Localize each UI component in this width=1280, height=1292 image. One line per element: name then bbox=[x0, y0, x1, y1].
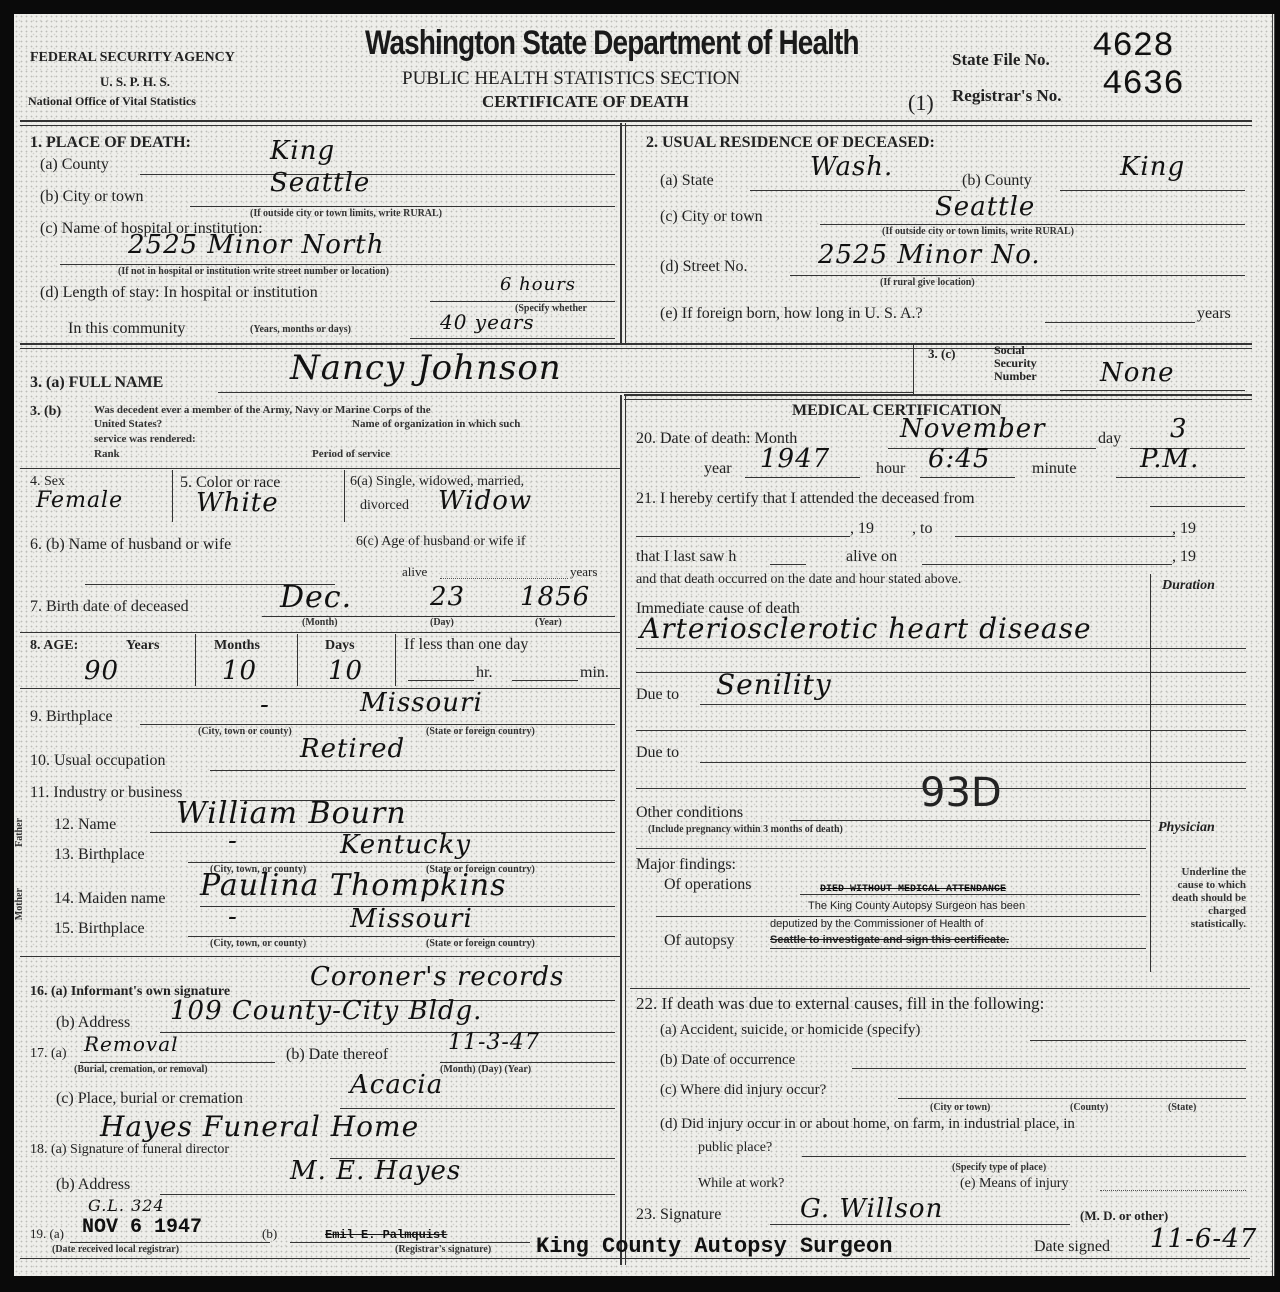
spouse-age-label: 6(c) Age of husband or wife if bbox=[356, 534, 526, 550]
last-saw-label: that I last saw h bbox=[636, 548, 736, 566]
underline bbox=[750, 190, 960, 191]
industry-label: 11. Industry or business bbox=[30, 784, 182, 802]
underline bbox=[790, 820, 1150, 821]
divider bbox=[20, 688, 620, 689]
divider bbox=[20, 468, 620, 469]
ssn-label: Social Security Number bbox=[994, 344, 1054, 383]
community-value: 40 years bbox=[440, 310, 535, 334]
underline bbox=[790, 275, 1245, 276]
mother-maiden-label: 14. Maiden name bbox=[54, 890, 166, 908]
marital-value: Widow bbox=[438, 486, 532, 516]
military-rank: Rank bbox=[94, 448, 120, 460]
mother-maiden-value: Paulina Thompkins bbox=[200, 868, 507, 903]
underline bbox=[770, 1224, 1070, 1225]
margin-mark: (1) bbox=[908, 90, 934, 116]
underline bbox=[770, 564, 806, 565]
spouse-age-unit: years bbox=[570, 564, 597, 580]
age-lessday-label: If less than one day bbox=[404, 636, 528, 654]
underline bbox=[218, 392, 913, 393]
informant-address-label: (b) Address bbox=[56, 1014, 130, 1032]
res-city-hint: (If outside city or town limits, write R… bbox=[882, 226, 1074, 237]
death-year: 1947 bbox=[760, 444, 830, 474]
age-hr: hr. bbox=[476, 664, 492, 682]
date-signed-label: Date signed bbox=[1034, 1238, 1110, 1256]
death-minute-label: minute bbox=[1032, 460, 1076, 478]
external-d-label: (d) Did injury occur in or about home, o… bbox=[660, 1116, 1075, 1133]
underline bbox=[700, 762, 1246, 763]
underline bbox=[190, 206, 615, 207]
city-value: Seattle bbox=[270, 168, 370, 198]
underline bbox=[340, 1108, 615, 1109]
registrar-number: 4636 bbox=[1102, 66, 1184, 104]
divider bbox=[297, 634, 298, 686]
operations-label: Of operations bbox=[664, 876, 752, 894]
father-side-label: Father bbox=[14, 818, 25, 847]
res-state-value: Wash. bbox=[810, 152, 893, 182]
divider bbox=[395, 634, 396, 686]
agency-line3: National Office of Vital Statistics bbox=[28, 94, 196, 109]
due-to2-label: Due to bbox=[636, 744, 679, 762]
res-street-value: 2525 Minor No. bbox=[818, 240, 1041, 270]
underline bbox=[140, 724, 615, 725]
header-divider bbox=[20, 120, 1252, 126]
res-city-label: (c) City or town bbox=[660, 208, 763, 226]
medical-divider bbox=[624, 394, 1252, 400]
received-hint: (Date received local registrar) bbox=[52, 1244, 179, 1255]
state-file-label: State File No. bbox=[952, 50, 1050, 70]
underline bbox=[1060, 190, 1245, 191]
underline bbox=[140, 174, 615, 175]
age-years: 90 bbox=[84, 656, 119, 686]
certify-19b: , 19 bbox=[1172, 520, 1196, 538]
birthplace-state: Missouri bbox=[360, 688, 483, 718]
underline bbox=[440, 578, 568, 579]
birthplace-hint-state: (State or foreign country) bbox=[426, 726, 535, 737]
due-to-label: Due to bbox=[636, 686, 679, 704]
other-conditions-hint: (Include pregnancy within 3 months of de… bbox=[648, 824, 843, 835]
underline bbox=[1030, 1040, 1246, 1041]
autopsy-surgeon-stamp: King County Autopsy Surgeon bbox=[536, 1234, 892, 1259]
underline bbox=[1045, 322, 1195, 323]
divider bbox=[913, 345, 914, 395]
age-label: 8. AGE: bbox=[30, 638, 78, 654]
institution-value: 2525 Minor North bbox=[128, 230, 385, 260]
death-day: 3 bbox=[1170, 414, 1188, 444]
birth-hint-day: (Day) bbox=[430, 617, 454, 628]
underline bbox=[160, 1194, 615, 1195]
place-of-death-heading: 1. PLACE OF DEATH: bbox=[30, 134, 191, 152]
underline bbox=[636, 730, 1246, 731]
disposition-num: 17. (a) bbox=[30, 1046, 67, 1062]
underline bbox=[410, 338, 615, 339]
full-name-value: Nancy Johnson bbox=[290, 348, 562, 388]
military-q2: United States? bbox=[94, 418, 162, 430]
underline bbox=[770, 948, 1146, 949]
birth-day: 23 bbox=[430, 582, 465, 612]
age-days-label: Days bbox=[325, 638, 355, 654]
county-label: (a) County bbox=[40, 156, 109, 174]
external-c-hint-state: (State) bbox=[1168, 1102, 1196, 1113]
underline bbox=[290, 1242, 530, 1243]
occupation-label: 10. Usual occupation bbox=[30, 752, 166, 770]
section-divider bbox=[20, 343, 1252, 349]
birthplace-label: 9. Birthplace bbox=[30, 708, 113, 726]
duration-column-divider bbox=[1150, 574, 1151, 972]
death-hour-label: hour bbox=[876, 460, 905, 478]
stamp-line3: deputized by the Commissioner of Health … bbox=[770, 918, 983, 930]
age-min: min. bbox=[580, 664, 609, 682]
date-signed-value: 11-6-47 bbox=[1150, 1224, 1257, 1254]
burial-place-label: (c) Place, burial or cremation bbox=[56, 1090, 243, 1108]
birthplace-hint-city: (City, town or county) bbox=[198, 726, 292, 737]
res-street-label: (d) Street No. bbox=[660, 258, 748, 276]
disposal-date-value: 11-3-47 bbox=[448, 1030, 540, 1055]
underline bbox=[408, 680, 474, 681]
received-date-stamp: NOV 6 1947 bbox=[82, 1216, 202, 1239]
disposal-date-label: (b) Date thereof bbox=[286, 1046, 388, 1064]
underline bbox=[60, 264, 615, 265]
external-a-label: (a) Accident, suicide, or homicide (spec… bbox=[660, 1022, 920, 1039]
underline bbox=[802, 1156, 1246, 1157]
registrar-sig-hint: (Registrar's signature) bbox=[395, 1244, 491, 1255]
funeral-address-label: (b) Address bbox=[56, 1176, 130, 1194]
divider bbox=[20, 632, 620, 633]
military-q1: Was decedent ever a member of the Army, … bbox=[94, 404, 431, 416]
marital-label2: divorced bbox=[360, 498, 409, 514]
section-title: PUBLIC HEALTH STATISTICS SECTION bbox=[402, 68, 740, 90]
res-state-label: (a) State bbox=[660, 172, 714, 190]
external-c-label: (c) Where did injury occur? bbox=[660, 1082, 826, 1099]
underline bbox=[922, 564, 1172, 565]
underline bbox=[512, 680, 578, 681]
birth-hint-year: (Year) bbox=[535, 617, 562, 628]
full-name-label: 3. (a) FULL NAME bbox=[30, 374, 163, 392]
underline bbox=[1116, 477, 1245, 478]
stay-value: 6 hours bbox=[500, 274, 576, 295]
document-type: CERTIFICATE OF DEATH bbox=[482, 92, 689, 112]
res-foreign-label: (e) If foreign born, how long in U. S. A… bbox=[660, 305, 923, 323]
underline bbox=[745, 477, 860, 478]
res-county-value: King bbox=[1120, 152, 1185, 182]
bottom-border bbox=[20, 1258, 1250, 1259]
race-value: White bbox=[196, 488, 279, 518]
immediate-cause-value: Arteriosclerotic heart disease bbox=[640, 612, 1092, 645]
registrar-no-label: Registrar's No. bbox=[952, 86, 1062, 106]
underline bbox=[955, 536, 1175, 537]
registrar-signature: Emil E. Palmquist bbox=[325, 1228, 447, 1242]
informant-signature-value: Coroner's records bbox=[310, 962, 564, 992]
father-birthplace-city: - bbox=[228, 826, 238, 856]
underline bbox=[920, 477, 1015, 478]
underline bbox=[700, 704, 1246, 705]
external-c-hint-county: (County) bbox=[1070, 1102, 1108, 1113]
certify-19a: , 19 bbox=[850, 520, 874, 538]
burial-place-value: Acacia bbox=[350, 1070, 443, 1100]
alive-on-label: alive on bbox=[846, 548, 897, 566]
underline bbox=[430, 301, 615, 302]
column-divider-lower bbox=[620, 395, 626, 1265]
divider bbox=[172, 470, 173, 522]
external-c-hint-city: (City or town) bbox=[930, 1102, 990, 1113]
mother-hint-state: (State or foreign country) bbox=[426, 938, 535, 949]
community-hint: (Years, months or days) bbox=[250, 324, 351, 335]
major-findings-label: Major findings: bbox=[636, 856, 736, 874]
occupation-value: Retired bbox=[300, 734, 405, 764]
signature-label: 23. Signature bbox=[636, 1206, 721, 1224]
mother-birthplace-city: - bbox=[228, 902, 238, 932]
means-label: (e) Means of injury bbox=[960, 1176, 1068, 1192]
birth-hint-month: (Month) bbox=[302, 617, 338, 628]
death-certificate bbox=[14, 14, 1275, 1276]
external-b-label: (b) Date of occurrence bbox=[660, 1052, 795, 1069]
underline bbox=[852, 1068, 1246, 1069]
res-foreign-unit: years bbox=[1197, 305, 1231, 323]
city-hint: (If outside city or town limits, write R… bbox=[250, 208, 442, 219]
father-birthplace-label: 13. Birthplace bbox=[54, 846, 145, 864]
stamp-line4: Seattle to investigate and sign this cer… bbox=[770, 934, 1009, 946]
military-q3: service was rendered: bbox=[94, 433, 196, 445]
ssn-label-num: 3. (c) bbox=[928, 346, 955, 362]
underline bbox=[188, 936, 615, 937]
occurred-statement: and that death occurred on the date and … bbox=[636, 572, 961, 588]
physician-label: Physician bbox=[1158, 820, 1215, 836]
while-at-work-label: While at work? bbox=[698, 1176, 784, 1192]
mother-hint-city: (City, town, or county) bbox=[210, 938, 306, 949]
funeral-home-value: Hayes Funeral Home bbox=[100, 1110, 419, 1143]
underline bbox=[636, 788, 1246, 789]
external-d-hint: (Specify type of place) bbox=[952, 1162, 1046, 1173]
community-label: In this community bbox=[68, 320, 185, 338]
certify-line1: 21. I hereby certify that I attended the… bbox=[636, 490, 975, 508]
received-note: G.L. 324 bbox=[88, 1196, 165, 1215]
underline bbox=[1150, 506, 1245, 507]
divider bbox=[195, 634, 196, 686]
autopsy-label: Of autopsy bbox=[664, 932, 735, 950]
age-months: 10 bbox=[222, 656, 257, 686]
birthplace-city: - bbox=[260, 690, 270, 720]
funeral-address-value: M. E. Hayes bbox=[290, 1156, 461, 1186]
due-to-value: Senility bbox=[716, 668, 832, 701]
age-days: 10 bbox=[328, 656, 363, 686]
underline bbox=[188, 862, 615, 863]
document-title: Washington State Department of Health bbox=[365, 24, 859, 63]
signature-value: G. Willson bbox=[800, 1194, 943, 1224]
state-file-number: 4628 bbox=[1092, 28, 1174, 66]
spouse-label: 6. (b) Name of husband or wife bbox=[30, 536, 231, 554]
registrar-sig-num: (b) bbox=[262, 1226, 277, 1242]
father-name-label: 12. Name bbox=[54, 816, 116, 834]
spouse-age-alive: alive bbox=[402, 564, 427, 580]
county-value: King bbox=[270, 136, 335, 166]
underline-note: Underline the cause to which death shoul… bbox=[1154, 866, 1246, 931]
usual-residence-heading: 2. USUAL RESIDENCE OF DECEASED: bbox=[646, 134, 935, 152]
father-birthplace-state: Kentucky bbox=[340, 830, 471, 860]
death-day-label: day bbox=[1098, 430, 1121, 448]
underline bbox=[160, 1032, 615, 1033]
res-county-label: (b) County bbox=[962, 172, 1032, 190]
disposal-date-hint: (Month) (Day) (Year) bbox=[440, 1064, 531, 1075]
disposition-value: Removal bbox=[84, 1032, 179, 1056]
military-num: 3. (b) bbox=[30, 404, 61, 420]
mother-birthplace-label: 15. Birthplace bbox=[54, 920, 145, 938]
mother-side-label: Mother bbox=[14, 888, 25, 920]
underline bbox=[800, 894, 1140, 895]
sex-value: Female bbox=[36, 488, 123, 513]
other-conditions-label: Other conditions bbox=[636, 804, 743, 822]
divider bbox=[630, 988, 1250, 989]
age-months-label: Months bbox=[214, 638, 260, 654]
institution-hint: (If not in hospital or institution write… bbox=[118, 266, 389, 277]
underline bbox=[210, 770, 615, 771]
birth-month: Dec. bbox=[280, 580, 352, 615]
underline bbox=[888, 448, 1096, 449]
agency-line2: U. S. P. H. S. bbox=[100, 74, 170, 90]
margin-code: 93D bbox=[920, 770, 1002, 816]
death-hour: 6:45 bbox=[928, 444, 990, 474]
underline bbox=[636, 536, 850, 537]
divider bbox=[20, 956, 620, 957]
underline bbox=[656, 916, 1146, 917]
underline bbox=[70, 1242, 270, 1243]
underline bbox=[820, 224, 1245, 225]
funeral-director-label: 18. (a) Signature of funeral director bbox=[30, 1142, 229, 1158]
disposition-hint: (Burial, cremation, or removal) bbox=[74, 1064, 208, 1075]
res-street-hint: (If rural give location) bbox=[880, 277, 975, 288]
underline bbox=[636, 648, 1246, 649]
column-divider bbox=[620, 123, 626, 343]
mother-birthplace-state: Missouri bbox=[350, 904, 473, 934]
death-minute: P.M. bbox=[1140, 444, 1199, 474]
underline bbox=[636, 848, 1146, 849]
underline bbox=[1100, 1190, 1246, 1191]
birth-label: 7. Birth date of deceased bbox=[30, 598, 189, 616]
informant-address-value: 109 County-City Bldg. bbox=[170, 996, 482, 1026]
military-q2b: Name of organization in which such bbox=[352, 418, 520, 430]
md-label: (M. D. or other) bbox=[1080, 1208, 1168, 1224]
birth-year: 1856 bbox=[520, 582, 590, 612]
death-year-label: year bbox=[704, 460, 732, 478]
underline bbox=[440, 1062, 615, 1063]
death-month: November bbox=[900, 414, 1046, 444]
agency-line1: FEDERAL SECURITY AGENCY bbox=[30, 50, 235, 66]
military-period: Period of service bbox=[312, 448, 390, 460]
certify-19c: , 19 bbox=[1172, 548, 1196, 566]
registrar-num: 19. (a) bbox=[30, 1226, 64, 1242]
underline bbox=[80, 1062, 275, 1063]
external-d-label2: public place? bbox=[698, 1140, 772, 1156]
duration-label: Duration bbox=[1162, 578, 1215, 594]
father-name-value: William Bourn bbox=[176, 796, 407, 831]
city-label: (b) City or town bbox=[40, 188, 144, 206]
underline bbox=[1060, 390, 1245, 391]
divider bbox=[344, 470, 345, 522]
stay-label: (d) Length of stay: In hospital or insti… bbox=[40, 284, 318, 302]
ssn-value: None bbox=[1100, 358, 1175, 388]
stamp-line2: The King County Autopsy Surgeon has been bbox=[808, 900, 1025, 912]
certify-to: , to bbox=[912, 520, 932, 538]
age-years-label: Years bbox=[126, 638, 159, 654]
underline bbox=[898, 1098, 1246, 1099]
res-city-value: Seattle bbox=[935, 192, 1035, 222]
external-heading: 22. If death was due to external causes,… bbox=[636, 994, 1044, 1014]
